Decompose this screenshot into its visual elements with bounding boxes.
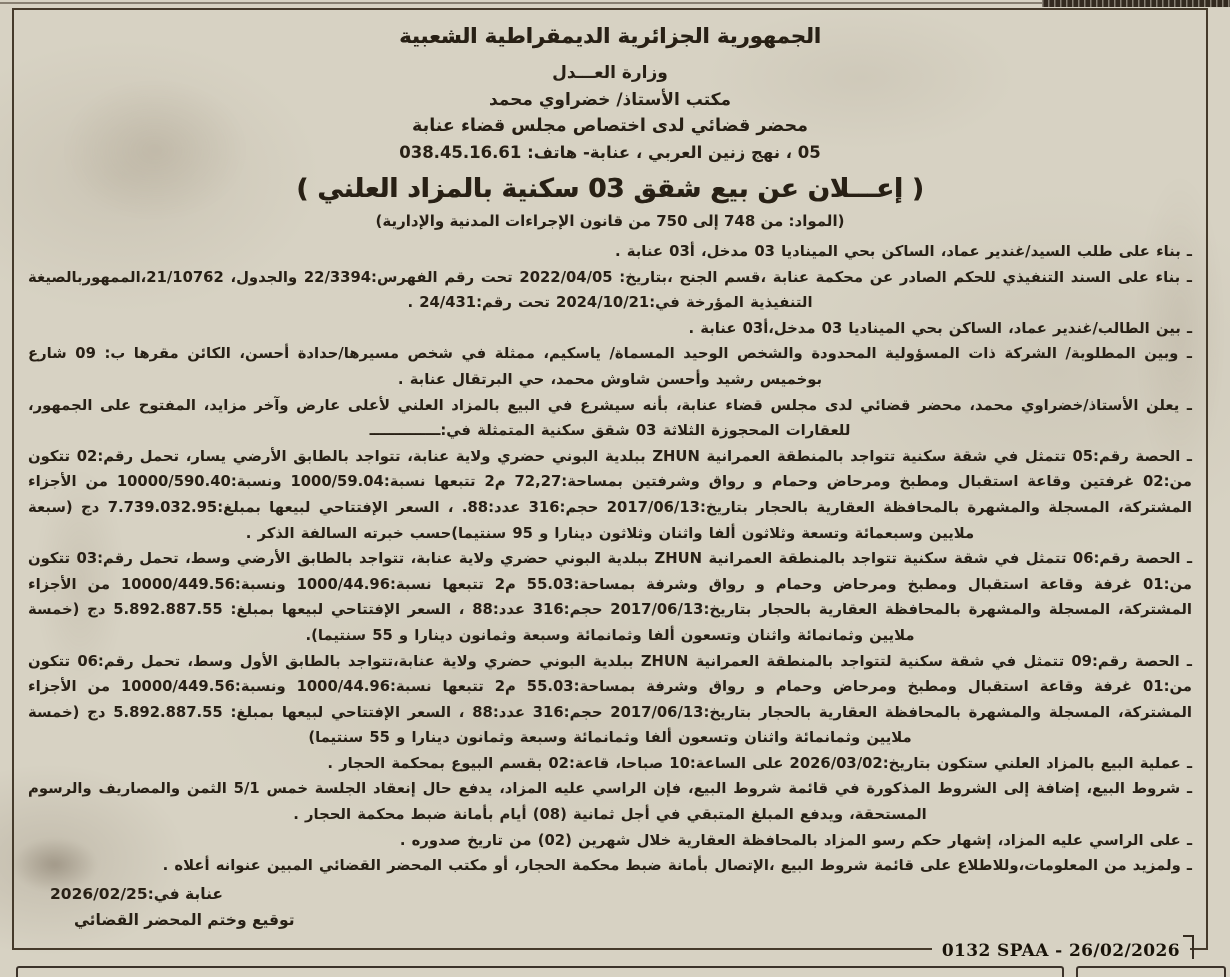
paragraph-executive-writ: ـ بناء على السند التنفيذي للحكم الصادر ع…	[28, 265, 1192, 316]
paragraph-lot-05: ـ الحصة رقم:05 تتمثل في شقة سكنية تتواجد…	[28, 444, 1192, 546]
scan-top-hairline	[0, 2, 1042, 4]
ministry-title: وزارة العـــدل	[28, 63, 1192, 83]
paragraph-lot-06: ـ الحصة رقم:06 تتمثل في شقة سكنية تتواجد…	[28, 546, 1192, 648]
document-header: الجمهورية الجزائرية الديمقراطية الشعبية …	[28, 24, 1192, 230]
paragraph-lot-09: ـ الحصة رقم:09 تتمثل في شقة سكنية لتتواج…	[28, 649, 1192, 751]
paragraph-announcement: ـ يعلن الأستاذ/خضراوي محمد، محضر قضائي ل…	[28, 393, 1192, 444]
next-ad-frame-right	[1076, 966, 1226, 977]
paragraph-plaintiff: ـ بين الطالب/غندير عماد، الساكن بحي المي…	[28, 316, 1192, 342]
announcement-body: ـ بناء على طلب السيد/غندير عماد، الساكن …	[28, 239, 1192, 879]
signature-line: توقيع وختم المحضر القضائي	[28, 907, 1192, 934]
publication-stamp: 0132 SPAA - 26/02/2026	[932, 941, 1190, 961]
document-footer: عنابة في:2026/02/25 توقيع وختم المحضر ال…	[28, 881, 1192, 934]
office-address-phone: 05 ، نهج زنين العربي ، عنابة- هاتف: 038.…	[28, 143, 1192, 162]
paragraph-request: ـ بناء على طلب السيد/غندير عماد، الساكن …	[28, 239, 1192, 265]
paragraph-sale-conditions: ـ شروط البيع، إضافة إلى الشروط المذكورة …	[28, 776, 1192, 827]
republic-title: الجمهورية الجزائرية الديمقراطية الشعبية	[28, 24, 1192, 48]
auction-announcement-frame: الجمهورية الجزائرية الديمقراطية الشعبية …	[12, 8, 1208, 950]
paragraph-defendant: ـ وبين المطلوبة/ الشركة ذات المسؤولية ال…	[28, 341, 1192, 392]
next-ad-frame-left	[16, 966, 1064, 977]
announcement-title: ( إعـــلان عن بيع شقق 03 سكنية بالمزاد ا…	[28, 174, 1192, 204]
paragraph-registration: ـ على الراسي عليه المزاد، إشهار حكم رسو …	[28, 828, 1192, 854]
legal-articles-subtitle: (المواد: من 748 إلى 750 من قانون الإجراء…	[28, 212, 1192, 230]
place-and-date: عنابة في:2026/02/25	[28, 881, 1192, 907]
paragraph-more-info: ـ ولمزيد من المعلومات،وللاطلاع على قائمة…	[28, 853, 1192, 879]
bailiff-jurisdiction: محضر قضائي لدى اختصاص مجلس قضاء عنابة	[28, 116, 1192, 136]
paragraph-auction-date: ـ عملية البيع بالمزاد العلني ستكون بتاري…	[28, 751, 1192, 777]
bailiff-office-name: مكتب الأستاذ/ خضراوي محمد	[28, 90, 1192, 110]
adjacent-column-edge	[1042, 0, 1230, 7]
